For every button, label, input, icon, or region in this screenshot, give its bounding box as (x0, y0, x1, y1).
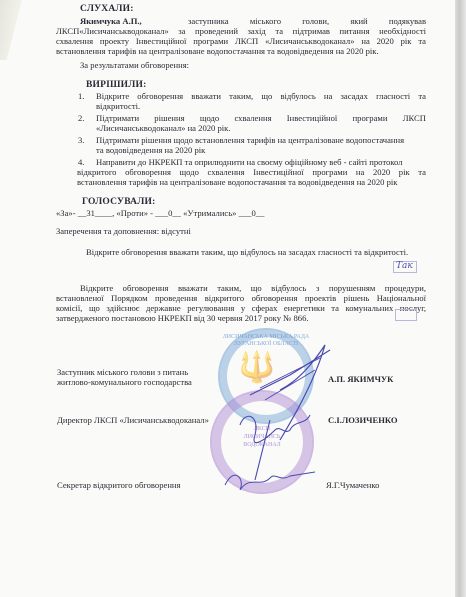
scan-edge (455, 0, 466, 597)
speaker-name: Якимчука А.П., (80, 16, 142, 26)
heard-line2: ЛКСП«Лисичанськводоканал» за проведений … (56, 26, 426, 36)
secretary-name: Я.Г.Чумаченко (326, 480, 379, 490)
item-3-number: 3. (78, 135, 84, 145)
violation-line3: комісії, що здійснює державне регулюванн… (56, 303, 426, 313)
item-2-number: 2. (78, 113, 84, 123)
voted-heading: ГОЛОСУВАЛИ: (82, 197, 155, 207)
violation-line2: встановленої Порядком проведення відкрит… (56, 293, 426, 303)
deputy-name: А.П. ЯКИМЧУК (328, 374, 393, 384)
results-intro: За результатами обговорення: (80, 60, 189, 70)
item-2-line2: «Лисичанськводоканал» на 2020 рік. (96, 123, 231, 133)
item-3-line2: та водовідведення на 2020 рік (96, 145, 205, 155)
item-2-line1: Підтримати рішення щодо схвалення Інвест… (96, 113, 426, 123)
item-1-line2: відкритості. (96, 101, 140, 111)
mark-box-transparent: Так (393, 261, 417, 273)
document-page: СЛУХАЛИ: Якимчука А.П., заступника міськ… (0, 0, 455, 597)
item-4-line1: Направити до НКРЕКП та оприлюднити на св… (96, 157, 403, 167)
violation-line4: затвердженого постановою НКРЕКП від 30 ч… (56, 313, 309, 323)
conclusion-transparent: Відкрите обговорення вважати таким, що в… (86, 247, 408, 257)
item-4-line3: встановлення тарифів на централізоване в… (77, 177, 397, 187)
page-curl (0, 0, 22, 60)
director-title: Директор ЛКСП «Лисичанськводоканал» (57, 415, 209, 425)
heard-line4: встановлення тарифів на централізоване в… (56, 46, 379, 56)
item-4-line2: відкритого обговорення щодо схвалення Ін… (77, 167, 426, 177)
secretary-title: Секретар відкритого обговорення (57, 480, 180, 490)
item-4-number: 4. (78, 157, 84, 167)
heard-heading: СЛУХАЛИ: (80, 4, 134, 14)
violation-line1: Відкрите обговорення вважати таким, що в… (80, 283, 426, 293)
mark-box-violation (395, 309, 417, 321)
objections: Заперечення та доповнення: відсутні (56, 226, 191, 236)
item-1-number: 1. (78, 91, 84, 101)
deputy-title-line2: житлово-комунального господарства (57, 377, 192, 387)
decided-heading: ВИРІШИЛИ: (86, 80, 146, 90)
vote-tally: «За»- __31____, «Проти» - ___0__ «Утрима… (56, 208, 264, 218)
heard-line3: схвалення проекту Інвестиційної програми… (56, 36, 426, 46)
item-3-line1: Підтримати рішення щодо встановлення тар… (96, 135, 404, 145)
item-1-line1: Відкрите обговорення вважати таким, що в… (96, 91, 426, 101)
deputy-title-line1: Заступник міського голови з питань (57, 367, 188, 377)
heard-line1: заступника міського голови, який подякув… (188, 16, 426, 26)
director-name: С.І.ЛОЗИЧЕНКО (328, 415, 398, 425)
handwritten-mark: Так (396, 261, 413, 271)
